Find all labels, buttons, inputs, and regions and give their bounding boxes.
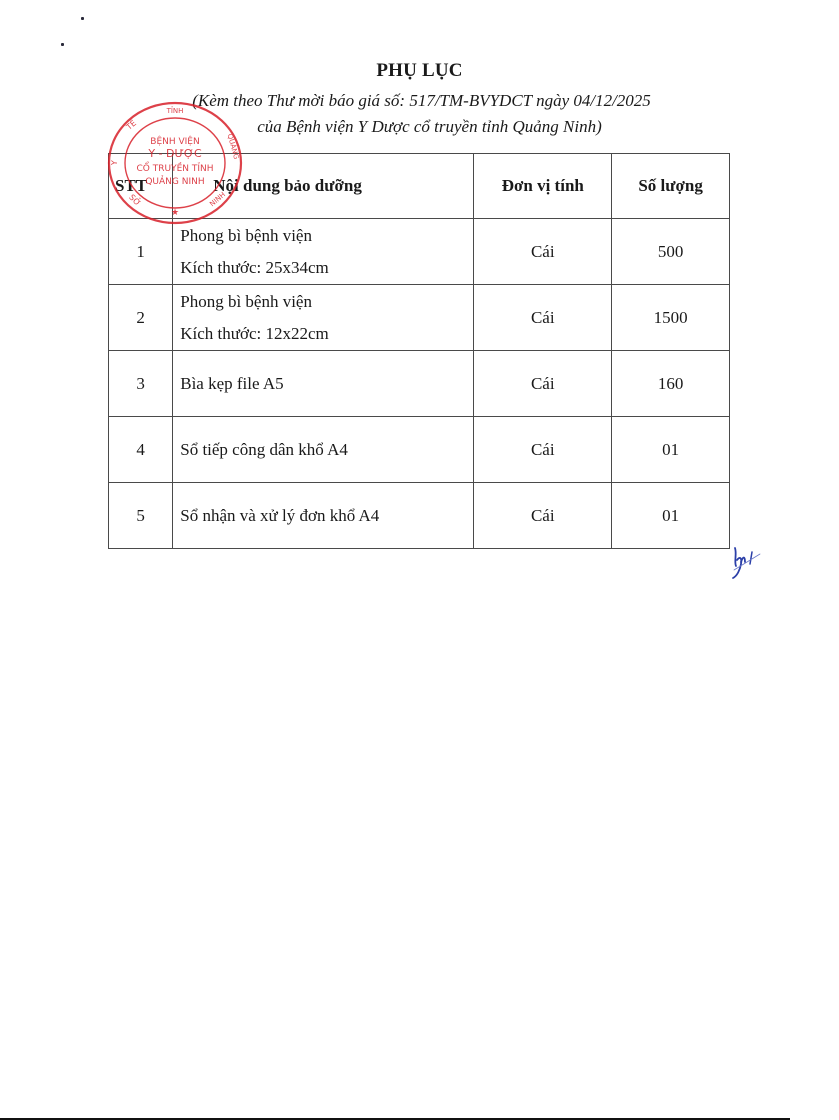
cell-quantity: 160 <box>612 351 730 417</box>
cell-quantity: 01 <box>612 417 730 483</box>
cell-unit: Cái <box>474 417 612 483</box>
cell-unit: Cái <box>474 483 612 549</box>
cell-stt: 2 <box>109 285 173 351</box>
content-line-1: Phong bì bệnh viện <box>180 286 473 318</box>
cell-content: Bìa kẹp file A5 <box>173 351 474 417</box>
scan-speck <box>81 17 84 20</box>
handwritten-initials-icon <box>728 544 778 584</box>
cell-stt: 3 <box>109 351 173 417</box>
appendix-table: STT Nội dung bảo dưỡng Đơn vị tính Số lư… <box>108 153 730 549</box>
content-line-1: Bìa kẹp file A5 <box>180 368 473 400</box>
cell-content: Sổ nhận và xử lý đơn khổ A4 <box>173 483 474 549</box>
table-row: 5 Sổ nhận và xử lý đơn khổ A4 Cái 01 <box>109 483 730 549</box>
content-line-2: Kích thước: 12x22cm <box>180 318 473 350</box>
content-line-1: Sổ nhận và xử lý đơn khổ A4 <box>180 500 473 532</box>
cell-quantity: 01 <box>612 483 730 549</box>
cell-content: Sổ tiếp công dân khổ A4 <box>173 417 474 483</box>
scan-speck <box>61 43 64 46</box>
subtitle-line-1: (Kèm theo Thư mời báo giá số: 517/TM-BVY… <box>0 91 839 111</box>
page-title: PHỤ LỤC <box>0 60 839 82</box>
table-row: 1 Phong bì bệnh việnKích thước: 25x34cm … <box>109 219 730 285</box>
table-header-row: STT Nội dung bảo dưỡng Đơn vị tính Số lư… <box>109 154 730 219</box>
header-content-label: Nội dung bảo dưỡng <box>213 176 362 195</box>
cell-stt: 5 <box>109 483 173 549</box>
cell-stt: 1 <box>109 219 173 285</box>
header-unit: Đơn vị tính <box>474 154 612 219</box>
content-line-1: Sổ tiếp công dân khổ A4 <box>180 434 473 466</box>
cell-quantity: 500 <box>612 219 730 285</box>
content-line-2: Kích thước: 25x34cm <box>180 252 473 284</box>
cell-quantity: 1500 <box>612 285 730 351</box>
cell-unit: Cái <box>474 351 612 417</box>
header-stt: STT <box>109 154 173 219</box>
cell-content: Phong bì bệnh việnKích thước: 12x22cm <box>173 285 474 351</box>
subtitle-line-2: của Bệnh viện Y Dược cổ truyền tỉnh Quản… <box>0 117 839 137</box>
cell-unit: Cái <box>474 285 612 351</box>
cell-content: Phong bì bệnh việnKích thước: 25x34cm <box>173 219 474 285</box>
table-row: 4 Sổ tiếp công dân khổ A4 Cái 01 <box>109 417 730 483</box>
cell-unit: Cái <box>474 219 612 285</box>
cell-stt: 4 <box>109 417 173 483</box>
table-row: 2 Phong bì bệnh việnKích thước: 12x22cm … <box>109 285 730 351</box>
header-quantity: Số lượng <box>612 154 730 219</box>
content-line-1: Phong bì bệnh viện <box>180 220 473 252</box>
header-content: Nội dung bảo dưỡng <box>173 154 474 219</box>
table-row: 3 Bìa kẹp file A5 Cái 160 <box>109 351 730 417</box>
